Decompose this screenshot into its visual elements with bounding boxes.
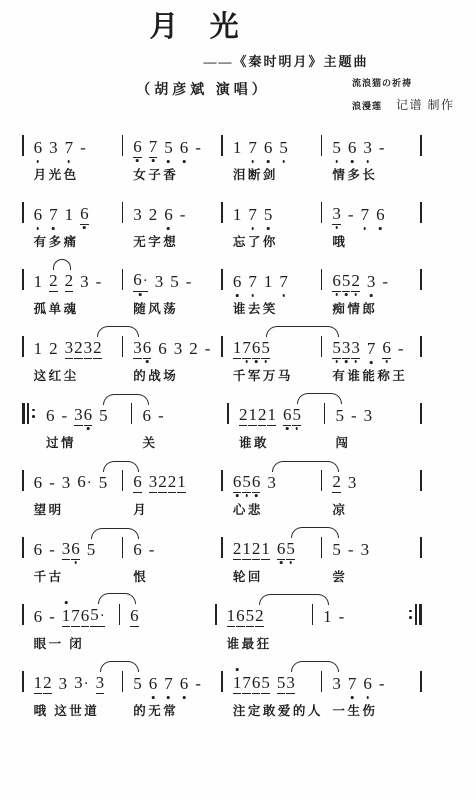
lyric: 月 (133, 500, 217, 518)
lyric: 这红尘 (34, 366, 118, 384)
note: 7 (361, 205, 370, 225)
note: 5 (332, 138, 341, 158)
augmentation-dot: · (87, 475, 92, 491)
note: 3 (74, 405, 83, 426)
lyric: 望明 (34, 500, 118, 518)
note: 3 (351, 338, 360, 359)
lyric: 凉 (332, 500, 416, 518)
measure: 6-365过情 (36, 401, 131, 451)
note: 3 (332, 204, 341, 225)
note: 2 (49, 339, 58, 359)
note: 6 (34, 138, 43, 158)
lyric: 泪断剑 (233, 165, 317, 183)
measure: 5-3闯 (325, 401, 420, 451)
credit-role: 记谱 制作 (396, 98, 455, 112)
note: 6 (252, 472, 261, 493)
note: 3 (155, 272, 164, 292)
note: 3 (62, 473, 71, 493)
note: 5 (133, 674, 142, 694)
note: 2 (65, 271, 74, 292)
note: 1 (242, 539, 251, 560)
note: 3 (363, 138, 372, 158)
note: 5 (332, 540, 341, 560)
note: 3 (133, 338, 142, 359)
note: 3 (65, 338, 74, 359)
note: 3 (267, 473, 276, 493)
note: 7 (242, 338, 251, 359)
note: 3 (49, 138, 58, 158)
duration-dash: - (49, 473, 55, 493)
note: 2 (258, 405, 267, 426)
note: 5 (242, 472, 251, 493)
lyric: 关 (142, 433, 223, 451)
score-line: 637-月光色6756-女子香1765泪断剑563-情多长 (22, 133, 422, 183)
duration-dash: - (61, 406, 67, 426)
note: 5 (335, 406, 344, 426)
lyric: 痴情郎 (332, 299, 416, 317)
duration-dash: - (195, 138, 201, 158)
note: 6 (180, 674, 189, 694)
score-line: 6-365千古6-恨212165轮回5-3尝 (22, 535, 422, 585)
note: 3 (80, 272, 89, 292)
note: 1 (267, 405, 276, 426)
note: 1 (177, 472, 186, 493)
note: 7 (248, 205, 257, 225)
measure: 1765千军万马 (223, 334, 321, 384)
lyric: 千古 (34, 567, 118, 585)
note: 3 (62, 539, 71, 560)
note: 5 (332, 338, 341, 359)
note: 2 (168, 472, 177, 493)
lyric: 的无常 (133, 701, 217, 719)
note: 6 (363, 674, 372, 694)
note: 5 (164, 138, 173, 158)
duration-dash: - (158, 406, 164, 426)
lyric: 孤单魂 (34, 299, 118, 317)
score: 637-月光色6756-女子香1765泪断剑563-情多长6716有多痛326-… (22, 133, 422, 719)
note: 5 (99, 406, 108, 426)
note: 2 (74, 338, 83, 359)
measure: 6-365千古 (24, 535, 122, 585)
barline (420, 336, 422, 357)
note: 6 (46, 406, 55, 426)
note: 6 (133, 540, 142, 560)
note: 6 (34, 540, 43, 560)
note: 1 (34, 673, 43, 694)
note: 6· (133, 270, 148, 292)
measure: 6716有多痛 (24, 200, 122, 250)
note: 3 (367, 272, 376, 292)
measure: 6·35-随风荡 (123, 267, 221, 317)
note: 6 (149, 674, 158, 694)
note: 6 (34, 607, 43, 627)
duration-dash: - (80, 138, 86, 158)
score-line: 123232这红尘36632-的战场1765千军万马53376-有谁能称王 (22, 334, 422, 384)
measure: 36632-的战场 (123, 334, 221, 384)
note: 1 (233, 205, 242, 225)
measure: 6-恨 (123, 535, 221, 585)
note: 6 (164, 205, 173, 225)
duration-dash: - (348, 540, 354, 560)
lyric: 哦 这世道 (34, 701, 118, 719)
measure: 6523-痴情郎 (322, 267, 420, 317)
note: 3 (59, 674, 68, 694)
augmentation-dot: · (84, 676, 89, 692)
duration-dash: - (96, 272, 102, 292)
measure: 637-月光色 (24, 133, 122, 183)
note: 2 (255, 606, 264, 627)
note: 7 (65, 138, 74, 158)
note: 6 (80, 204, 89, 225)
note: 7 (164, 674, 173, 694)
note: 1 (233, 338, 242, 359)
lyric: 谁敢 (239, 433, 320, 451)
duration-dash: - (339, 607, 345, 627)
note: 3 (348, 473, 357, 493)
note: 3 (133, 205, 142, 225)
score-line: 6-365过情6-关212165谁敢5-3闯 (22, 401, 422, 451)
repeat-end-barline (408, 604, 422, 625)
note: 3 (286, 673, 295, 694)
note: 5 (246, 606, 255, 627)
note: 3 (364, 406, 373, 426)
note: 1 (264, 272, 273, 292)
note: 2 (239, 405, 248, 426)
lyric: 轮回 (233, 567, 317, 585)
note: 1 (233, 673, 242, 694)
measure: 1- (313, 602, 408, 649)
measure: 5-3尝 (322, 535, 420, 585)
credit-name-1: 流浪猫の祈祷 (352, 78, 455, 89)
lyric: 恨 (133, 567, 217, 585)
note: 7 (348, 674, 357, 694)
note: 5 (170, 272, 179, 292)
measure: 1765泪断剑 (223, 133, 321, 183)
note: 6 (81, 606, 90, 627)
lyric: 女子香 (133, 165, 217, 183)
lyric: 哦 (332, 232, 416, 250)
measure: 1233·3哦 这世道 (24, 669, 122, 719)
credit-name-2: 浪漫莲 (352, 101, 382, 112)
duration-dash: - (348, 205, 354, 225)
note: 5· (90, 605, 105, 627)
measure: 376-一生伤 (322, 669, 420, 719)
credits-block: 流浪猫の祈祷 浪漫莲 记谱 制作 (352, 78, 455, 112)
measure: 176553注定敢爱的人 (223, 669, 321, 719)
note: 6 (142, 406, 151, 426)
augmentation-dot: · (143, 273, 148, 289)
duration-dash: - (49, 540, 55, 560)
note: 7 (71, 606, 80, 627)
measure: 6717谁去笑 (223, 267, 321, 317)
song-subtitle: ——《秦时明月》主题曲 (0, 51, 476, 70)
note: 6 (233, 472, 242, 493)
note: 6 (158, 339, 167, 359)
note: 6 (332, 271, 341, 292)
note: 3 (96, 673, 105, 694)
note: 7 (248, 272, 257, 292)
measure: 6756-女子香 (123, 133, 221, 183)
note: 6 (143, 338, 152, 359)
measure: 5676-的无常 (123, 669, 221, 719)
note: 5 (277, 673, 286, 694)
note: 1 (62, 606, 71, 627)
barline (420, 202, 422, 223)
note: 1 (323, 607, 332, 627)
lyric: 谁最狂 (227, 634, 308, 652)
note: 6 (277, 539, 286, 560)
score-line: 1223-孤单魂6·35-随风荡6717谁去笑6523-痴情郎 (22, 267, 422, 317)
note: 7 (242, 673, 251, 694)
duration-dash: - (205, 339, 211, 359)
measure: 3-76哦 (322, 200, 420, 250)
note: 2 (149, 205, 158, 225)
barline (420, 403, 422, 424)
repeat-start-barline (22, 403, 36, 424)
duration-dash: - (351, 406, 357, 426)
song-title: 月 光 (0, 0, 476, 44)
note: 3 (332, 674, 341, 694)
note: 6 (133, 137, 142, 158)
score-line: 1233·3哦 这世道5676-的无常176553注定敢爱的人376-一生伤 (22, 669, 422, 719)
note: 6 (133, 472, 142, 493)
barline (420, 135, 422, 156)
lyric: 过情 (46, 433, 127, 451)
note: 6 (236, 606, 245, 627)
measure: 23凉 (322, 468, 420, 518)
lyric: 有多痛 (34, 232, 118, 250)
duration-dash: - (195, 674, 201, 694)
lyric: 闯 (335, 433, 416, 451)
measure: 563-情多长 (322, 133, 420, 183)
note: 5 (342, 271, 351, 292)
measure: 6-1765·眼一 闭 (24, 602, 119, 652)
sheet-music-page: 月 光 ——《秦时明月》主题曲 （胡彦斌 演唱） 流浪猫の祈祷 浪漫莲 记谱 制… (0, 0, 476, 800)
lyric: 有谁能称王 (332, 366, 416, 384)
measure: 326-无字想 (123, 200, 221, 250)
note: 5 (261, 338, 270, 359)
measure: 6-36·5望明 (24, 468, 122, 518)
augmentation-dot: · (100, 608, 105, 624)
note: 6 (34, 205, 43, 225)
note: 2 (49, 271, 58, 292)
measure: 212165谁敢 (229, 401, 324, 451)
measure: 123232这红尘 (24, 334, 122, 384)
duration-dash: - (379, 674, 385, 694)
measure: 6563心悲 (223, 468, 321, 518)
score-line: 6716有多痛326-无字想175忘了你3-76哦 (22, 200, 422, 250)
duration-dash: - (180, 205, 186, 225)
note: 1 (34, 272, 43, 292)
note: 5 (279, 138, 288, 158)
measure: 6 (120, 602, 215, 649)
lyric: 情多长 (332, 165, 416, 183)
note: 6 (180, 138, 189, 158)
lyric: 随风荡 (133, 299, 217, 317)
note: 2 (233, 539, 242, 560)
note: 1 (233, 138, 242, 158)
measure: 1223-孤单魂 (24, 267, 122, 317)
measure: 175忘了你 (223, 200, 321, 250)
note: 5 (261, 673, 270, 694)
note: 2 (332, 472, 341, 493)
note: 3 (174, 339, 183, 359)
duration-dash: - (379, 138, 385, 158)
lyric (130, 634, 211, 649)
note: 1 (261, 539, 270, 560)
lyric: 的战场 (133, 366, 217, 384)
note: 3· (74, 673, 89, 694)
note: 6 (34, 473, 43, 493)
duration-dash: - (398, 339, 404, 359)
note: 6 (130, 606, 139, 627)
note: 5 (264, 205, 273, 225)
note: 7 (367, 339, 376, 359)
barline (420, 269, 422, 290)
score-line: 6-36·5望明63221月6563心悲23凉 (22, 468, 422, 518)
lyric: 无字想 (133, 232, 217, 250)
note: 7 (49, 205, 58, 225)
note: 1 (248, 405, 257, 426)
note: 3 (149, 472, 158, 493)
note: 2 (158, 472, 167, 493)
barline (420, 470, 422, 491)
lyric: 尝 (332, 567, 416, 585)
note: 6 (71, 539, 80, 560)
measure: 212165轮回 (223, 535, 321, 585)
measure: 6-关 (132, 401, 227, 451)
measure: 1652谁最狂 (217, 602, 312, 652)
score-line: 6-1765·眼一 闭61652谁最狂1- (22, 602, 422, 652)
note: 3 (84, 338, 93, 359)
note: 3 (361, 540, 370, 560)
lyric: 眼一 闭 (34, 634, 115, 652)
duration-dash: - (49, 607, 55, 627)
note: 6· (77, 472, 92, 493)
note: 6 (376, 205, 385, 225)
lyric: 一生伤 (332, 701, 416, 719)
note: 1 (34, 339, 43, 359)
note: 6 (348, 138, 357, 158)
lyric: 注定敢爱的人 (233, 701, 317, 719)
note: 5 (99, 473, 108, 493)
measure: 53376-有谁能称王 (322, 334, 420, 384)
lyric: 谁去笑 (233, 299, 317, 317)
note: 7 (248, 138, 257, 158)
duration-dash: - (186, 272, 192, 292)
barline (420, 671, 422, 692)
note: 5 (292, 405, 301, 426)
note: 6 (264, 138, 273, 158)
note: 6 (252, 673, 261, 694)
note: 5 (286, 539, 295, 560)
note: 6 (283, 405, 292, 426)
note: 2 (252, 539, 261, 560)
note: 1 (65, 205, 74, 225)
note: 2 (351, 271, 360, 292)
note: 6 (233, 272, 242, 292)
note: 1 (227, 606, 236, 627)
duration-dash: - (382, 272, 388, 292)
note: 6 (252, 338, 261, 359)
lyric: 忘了你 (233, 232, 317, 250)
note: 5 (87, 540, 96, 560)
lyric: 千军万马 (233, 366, 317, 384)
note: 2 (189, 339, 198, 359)
note: 3 (342, 338, 351, 359)
measure: 63221月 (123, 468, 221, 518)
duration-dash: - (149, 540, 155, 560)
lyric (323, 634, 404, 649)
note: 6 (84, 405, 93, 426)
note: 7 (149, 137, 158, 158)
lyric: 月光色 (34, 165, 118, 183)
note: 2 (43, 673, 52, 694)
note: 2 (93, 338, 102, 359)
note: 6 (382, 338, 391, 359)
lyric: 心悲 (233, 500, 317, 518)
barline (420, 537, 422, 558)
note: 7 (279, 272, 288, 292)
